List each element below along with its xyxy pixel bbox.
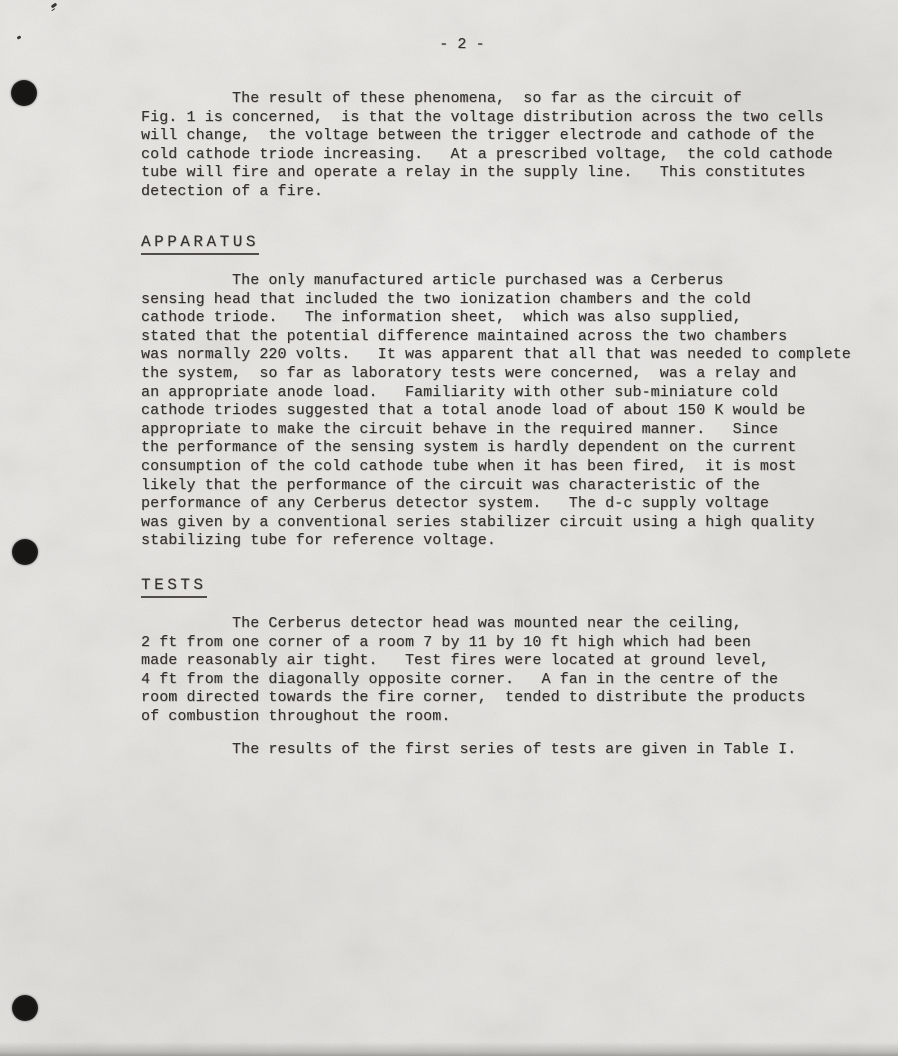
apparatus-section-heading: APPARATUS — [141, 232, 259, 255]
hole-punch-top — [11, 80, 37, 106]
page-bottom-edge-shadow — [0, 1042, 898, 1056]
hole-punch-middle — [12, 539, 38, 565]
document-page: - 2 - The result of these phenomena, so … — [0, 0, 898, 1056]
page-number: - 2 - — [13, 36, 898, 55]
hole-punch-bottom — [12, 995, 38, 1021]
tests-section-heading: TESTS — [141, 575, 207, 598]
apparatus-paragraph: The only manufactured article purchased … — [141, 272, 851, 551]
ink-speck — [51, 3, 58, 9]
tests-paragraph-results: The results of the first series of tests… — [141, 741, 796, 760]
opening-paragraph: The result of these phenomena, so far as… — [141, 90, 833, 202]
tests-paragraph-setup: The Cerberus detector head was mounted n… — [141, 615, 805, 727]
